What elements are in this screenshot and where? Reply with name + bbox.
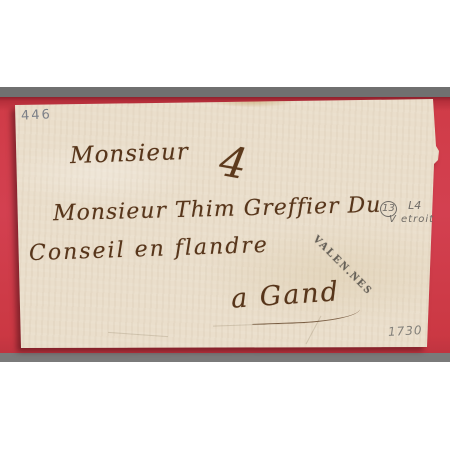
photo-bottom-edge-strip	[0, 353, 450, 362]
postmark-note-annotation: V etroit	[389, 214, 434, 225]
pencil-annotation-group: 13 L4 V etroit	[380, 196, 421, 217]
address-line-salutation: Monsieur	[70, 139, 190, 169]
paper-crease	[108, 332, 168, 337]
photo-top-edge-strip	[0, 87, 450, 97]
photo-of-letter: 446 Monsieur 4 Monsieur Thim Greffier Du…	[0, 0, 450, 450]
catalog-code-annotation: L4	[408, 199, 421, 212]
year-annotation: 1730	[388, 323, 423, 339]
collector-number-pencil: 446	[21, 107, 53, 124]
